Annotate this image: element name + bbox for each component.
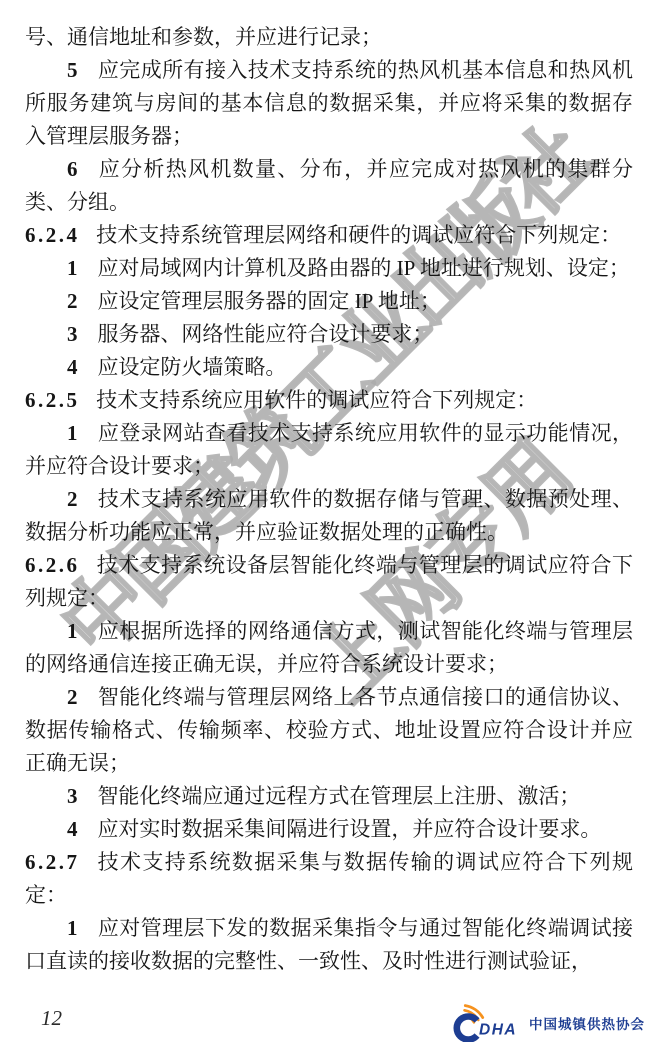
paragraph: 2应设定管理层服务器的固定 IP 地址； xyxy=(25,285,633,318)
paragraph: 1应对局域网内计算机及路由器的 IP 地址进行规划、设定； xyxy=(25,252,633,285)
paragraph-text: 应设定防火墙策略。 xyxy=(97,355,286,379)
item-number: 4 xyxy=(67,817,78,841)
paragraph-text: 应设定管理层服务器的固定 IP 地址； xyxy=(97,289,440,313)
paragraph: 6.2.7技术支持系统数据采集与数据传输的调试应符合下列规定： xyxy=(25,846,633,912)
paragraph-text: 应对管理层下发的数据采集指令与通过智能化终端调试接口直读的接收数据的完整性、一致… xyxy=(25,916,633,973)
paragraph: 6.2.6技术支持系统设备层智能化终端与管理层的调试应符合下列规定： xyxy=(25,549,633,615)
paragraph-text: 技术支持系统数据采集与数据传输的调试应符合下列规定： xyxy=(25,850,633,907)
item-number: 1 xyxy=(67,916,78,940)
item-number: 5 xyxy=(67,58,78,82)
item-number: 2 xyxy=(67,685,78,709)
page-number: 12 xyxy=(41,1006,62,1031)
org-logo: DHA 中国城镇供热协会 xyxy=(447,1004,645,1042)
paragraph: 2智能化终端与管理层网络上各节点通信接口的通信协议、数据传输格式、传输频率、校验… xyxy=(25,681,633,780)
paragraph: 4应对实时数据采集间隔进行设置，并应符合设计要求。 xyxy=(25,813,633,846)
item-number: 6 xyxy=(67,157,78,181)
paragraph: 号、通信地址和参数，并应进行记录； xyxy=(25,21,633,54)
clause-number: 6.2.4 xyxy=(25,223,80,247)
item-number: 1 xyxy=(67,421,78,445)
paragraph: 6.2.5技术支持系统应用软件的调试应符合下列规定： xyxy=(25,384,633,417)
paragraph-text: 服务器、网络性能应符合设计要求； xyxy=(97,322,433,346)
paragraph-text: 应登录网站查看技术支持系统应用软件的显示功能情况，并应符合设计要求； xyxy=(25,421,633,478)
paragraph-text: 应分析热风机数量、分布，并应完成对热风机的集群分类、分组。 xyxy=(25,157,633,214)
paragraph: 1应登录网站查看技术支持系统应用软件的显示功能情况，并应符合设计要求； xyxy=(25,417,633,483)
paragraph-text: 技术支持系统应用软件的调试应符合下列规定： xyxy=(96,388,537,412)
paragraph: 6应分析热风机数量、分布，并应完成对热风机的集群分类、分组。 xyxy=(25,153,633,219)
paragraph-text: 应对局域网内计算机及路由器的 IP 地址进行规划、设定； xyxy=(97,256,629,280)
paragraph: 2技术支持系统应用软件的数据存储与管理、数据预处理、数据分析功能应正常，并应验证… xyxy=(25,483,633,549)
logo-abbr: DHA xyxy=(479,1022,517,1039)
item-number: 3 xyxy=(67,322,78,346)
paragraph: 3服务器、网络性能应符合设计要求； xyxy=(25,318,633,351)
paragraph: 1应对管理层下发的数据采集指令与通过智能化终端调试接口直读的接收数据的完整性、一… xyxy=(25,912,633,978)
paragraph-text: 技术支持系统管理层网络和硬件的调试应符合下列规定： xyxy=(96,223,621,247)
paragraph: 3智能化终端应通过远程方式在管理层上注册、激活； xyxy=(25,780,633,813)
item-number: 2 xyxy=(67,289,78,313)
item-number: 3 xyxy=(67,784,78,808)
paragraph-text: 技术支持系统设备层智能化终端与管理层的调试应符合下列规定： xyxy=(25,553,633,610)
logo-org-name: 中国城镇供热协会 xyxy=(529,1013,645,1033)
logo-c-icon xyxy=(457,1017,477,1040)
item-number: 4 xyxy=(67,355,78,379)
paragraph: 6.2.4技术支持系统管理层网络和硬件的调试应符合下列规定： xyxy=(25,219,633,252)
paragraph-text: 智能化终端应通过远程方式在管理层上注册、激活； xyxy=(97,784,580,808)
paragraph-text: 应根据所选择的网络通信方式，测试智能化终端与管理层的网络通信连接正确无误，并应符… xyxy=(25,619,633,676)
item-number: 1 xyxy=(67,619,78,643)
paragraph-text: 应对实时数据采集间隔进行设置，并应符合设计要求。 xyxy=(97,817,601,841)
paragraph: 1应根据所选择的网络通信方式，测试智能化终端与管理层的网络通信连接正确无误，并应… xyxy=(25,615,633,681)
paragraph: 5应完成所有接入技术支持系统的热风机基本信息和热风机所服务建筑与房间的基本信息的… xyxy=(25,54,633,153)
paragraph: 4应设定防火墙策略。 xyxy=(25,351,633,384)
clause-number: 6.2.6 xyxy=(25,553,80,577)
document-page: 中国建筑工业出版社 上网专用 号、通信地址和参数，并应进行记录； 5应完成所有接… xyxy=(0,0,657,1055)
clause-number: 6.2.5 xyxy=(25,388,80,412)
logo-emblem-icon: DHA xyxy=(447,1004,525,1042)
body-text: 号、通信地址和参数，并应进行记录； 5应完成所有接入技术支持系统的热风机基本信息… xyxy=(25,21,633,978)
item-number: 2 xyxy=(67,487,78,511)
paragraph-text: 智能化终端与管理层网络上各节点通信接口的通信协议、数据传输格式、传输频率、校验方… xyxy=(25,685,633,775)
paragraph-text: 应完成所有接入技术支持系统的热风机基本信息和热风机所服务建筑与房间的基本信息的数… xyxy=(25,58,633,148)
paragraph-text: 技术支持系统应用软件的数据存储与管理、数据预处理、数据分析功能应正常，并应验证数… xyxy=(25,487,633,544)
item-number: 1 xyxy=(67,256,78,280)
paragraph-text: 号、通信地址和参数，并应进行记录； xyxy=(25,25,382,49)
clause-number: 6.2.7 xyxy=(25,850,80,874)
